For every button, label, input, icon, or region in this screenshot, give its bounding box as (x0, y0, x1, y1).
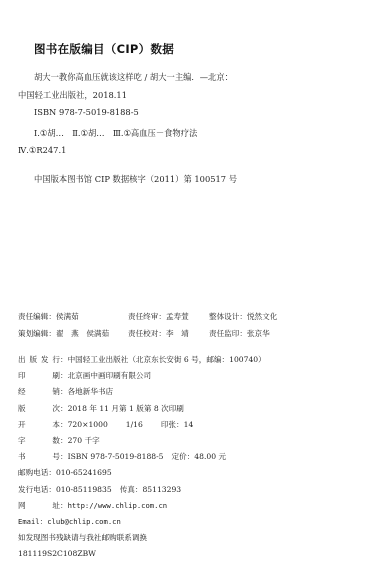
cip-isbn-line: ISBN 978-7-5019-8188-5 (34, 107, 139, 117)
colon: ： (60, 436, 68, 445)
pub-label: 印刷 (18, 371, 60, 381)
pub-value: 北京画中画印刷有限公司 (68, 371, 152, 380)
credit-planning-editor: 策划编辑：翟 燕 侯满茹 (18, 329, 109, 339)
colon: ： (60, 371, 68, 380)
pub-format-fold: 1/16 (126, 420, 143, 429)
pub-value: 2018 年 11 月第 1 版第 8 次印刷 (68, 404, 184, 413)
colon: ： (48, 485, 56, 494)
pub-label: 开本 (18, 420, 60, 430)
pub-price-value: 48.00 元 (194, 452, 226, 461)
credit-label: 责任编辑： (18, 312, 56, 321)
pub-value: 中国轻工业出版社（北京东长安街 6 号，邮编：100740） (68, 355, 266, 364)
publication-info: 出版发行：中国轻工业出版社（北京东长安街 6 号，邮编：100740） 印刷：北… (18, 355, 266, 565)
pub-isbn: ISBN 978-7-5019-8188-5 (68, 452, 164, 461)
pub-format: 开本：720×10001/16印张：14 (18, 420, 266, 436)
pub-label: 发行电话 (18, 485, 48, 495)
cip-classification-line-1: Ⅰ.①胡… Ⅱ.①胡… Ⅲ.①高血压－食物疗法 (34, 128, 197, 138)
pub-label: 经销 (18, 387, 60, 397)
colon: ： (60, 404, 68, 413)
credit-value: 孟寿萱 (166, 312, 189, 321)
cip-book-title-line: 胡大一教你高血压就该这样吃 / 胡大一主编．—北京： (34, 72, 233, 82)
credit-label: 责任监印： (209, 329, 247, 338)
pub-label: Email (18, 517, 40, 526)
pub-website: 网址：http://www.chlip.com.cn (18, 501, 266, 517)
pub-fax-label: 传真： (120, 485, 143, 494)
credit-print-supervisor: 责任监印：张京华 (209, 329, 270, 339)
pub-sheets-label: 印张： (161, 420, 184, 429)
pub-website-link[interactable]: http://www.chlip.com.cn (68, 501, 168, 510)
pub-email-link[interactable]: club@chlip.com.cn (47, 517, 121, 526)
credit-final-reviewer: 责任终审：孟寿萱 (128, 312, 189, 322)
colon: ： (60, 387, 68, 396)
pub-code: 181119S2C108ZBW (18, 549, 266, 565)
cip-title: 图书在版编目（CIP）数据 (34, 41, 174, 57)
pub-value: 010-65241695 (56, 468, 112, 477)
credit-label: 责任终审： (128, 312, 166, 321)
pub-edition: 版次：2018 年 11 月第 1 版第 8 次印刷 (18, 404, 266, 420)
credit-value: 侯满茹 (56, 312, 79, 321)
pub-label: 书号 (18, 452, 60, 462)
colon: ： (60, 420, 68, 429)
pub-book-number: 书号：ISBN 978-7-5019-8188-5定价：48.00 元 (18, 452, 266, 468)
pub-label: 出版发行 (18, 355, 60, 365)
colon: ： (60, 452, 68, 461)
credit-label: 责任校对： (128, 329, 166, 338)
pub-label: 字数 (18, 436, 60, 446)
pub-label: 邮购电话 (18, 468, 48, 478)
pub-value: 010-85119835 (56, 485, 112, 494)
pub-defect-notice: 如发现图书残缺请与我社邮购联系调换 (18, 533, 266, 549)
credit-value: 张京华 (247, 329, 270, 338)
cip-publisher-line: 中国轻工业出版社，2018.11 (18, 90, 127, 100)
credit-responsible-editor: 责任编辑：侯满茹 (18, 312, 79, 322)
cip-number: 中国版本图书馆 CIP 数据核字（2011）第 100517 号 (34, 174, 237, 184)
colon: ： (48, 468, 56, 477)
credit-proofreader: 责任校对：李 靖 (128, 329, 189, 339)
pub-value: 各地新华书店 (68, 387, 114, 396)
credit-label: 整体设计： (209, 312, 247, 321)
credit-value: 悦然文化 (247, 312, 277, 321)
credit-value: 翟 燕 侯满茹 (56, 329, 109, 338)
credit-value: 李 靖 (166, 329, 189, 338)
pub-distributor: 经销：各地新华书店 (18, 387, 266, 403)
pub-publisher: 出版发行：中国轻工业出版社（北京东长安街 6 号，邮编：100740） (18, 355, 266, 371)
pub-defect-notice-text: 如发现图书残缺请与我社邮购联系调换 (18, 533, 147, 542)
pub-code-text: 181119S2C108ZBW (18, 549, 96, 558)
pub-sheets-value: 14 (184, 420, 194, 429)
credit-overall-design: 整体设计：悦然文化 (209, 312, 277, 322)
pub-label: 网址 (18, 501, 60, 511)
copyright-page: 图书在版编目（CIP）数据 胡大一教你高血压就该这样吃 / 胡大一主编．—北京：… (0, 0, 375, 575)
cip-classification-line-2: Ⅳ.①R247.1 (18, 145, 66, 155)
colon: ： (60, 501, 68, 510)
pub-distribution-phone: 发行电话：010-85119835传真：85113293 (18, 485, 266, 501)
pub-price-label: 定价： (172, 452, 195, 461)
colon: ： (60, 355, 68, 364)
pub-label: 版次 (18, 404, 60, 414)
pub-printer: 印刷：北京画中画印刷有限公司 (18, 371, 266, 387)
pub-word-count: 字数：270 千字 (18, 436, 266, 452)
pub-value: 270 千字 (68, 436, 100, 445)
credit-label: 策划编辑： (18, 329, 56, 338)
pub-mail-order-phone: 邮购电话：010-65241695 (18, 468, 266, 484)
pub-fax-value: 85113293 (142, 485, 181, 494)
pub-format-size: 720×1000 (68, 420, 108, 429)
pub-email: Email：club@chlip.com.cn (18, 517, 266, 533)
